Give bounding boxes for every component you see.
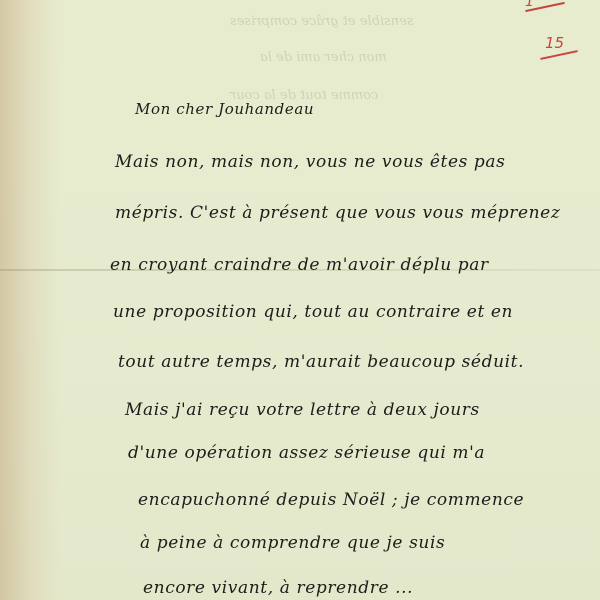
letter-line: mépris. C'est à présent que vous vous mé… xyxy=(115,203,560,223)
bleed-through-text: sensible et grâce comprises xyxy=(230,14,413,29)
bleed-through-text: mon cher ami de la xyxy=(260,50,387,65)
letter-line: encapuchonné depuis Noël ; je commence xyxy=(138,490,524,510)
letter-line: encore vivant, à reprendre ... xyxy=(143,578,413,598)
letter-line: d'une opération assez sérieuse qui m'a xyxy=(128,443,485,463)
letter-line: Mais j'ai reçu votre lettre à deux jours xyxy=(125,400,480,420)
letter-line: en croyant craindre de m'avoir déplu par xyxy=(110,255,489,275)
letter-line: tout autre temps, m'aurait beaucoup sédu… xyxy=(118,352,524,372)
letter-line: Mais non, mais non, vous ne vous êtes pa… xyxy=(115,152,505,172)
letter-line: à peine à comprendre que je suis xyxy=(140,533,445,553)
salutation: Mon cher Jouhandeau xyxy=(135,100,314,118)
letter-line: une proposition qui, tout au contraire e… xyxy=(113,302,513,322)
page-number: 15 xyxy=(545,34,564,52)
